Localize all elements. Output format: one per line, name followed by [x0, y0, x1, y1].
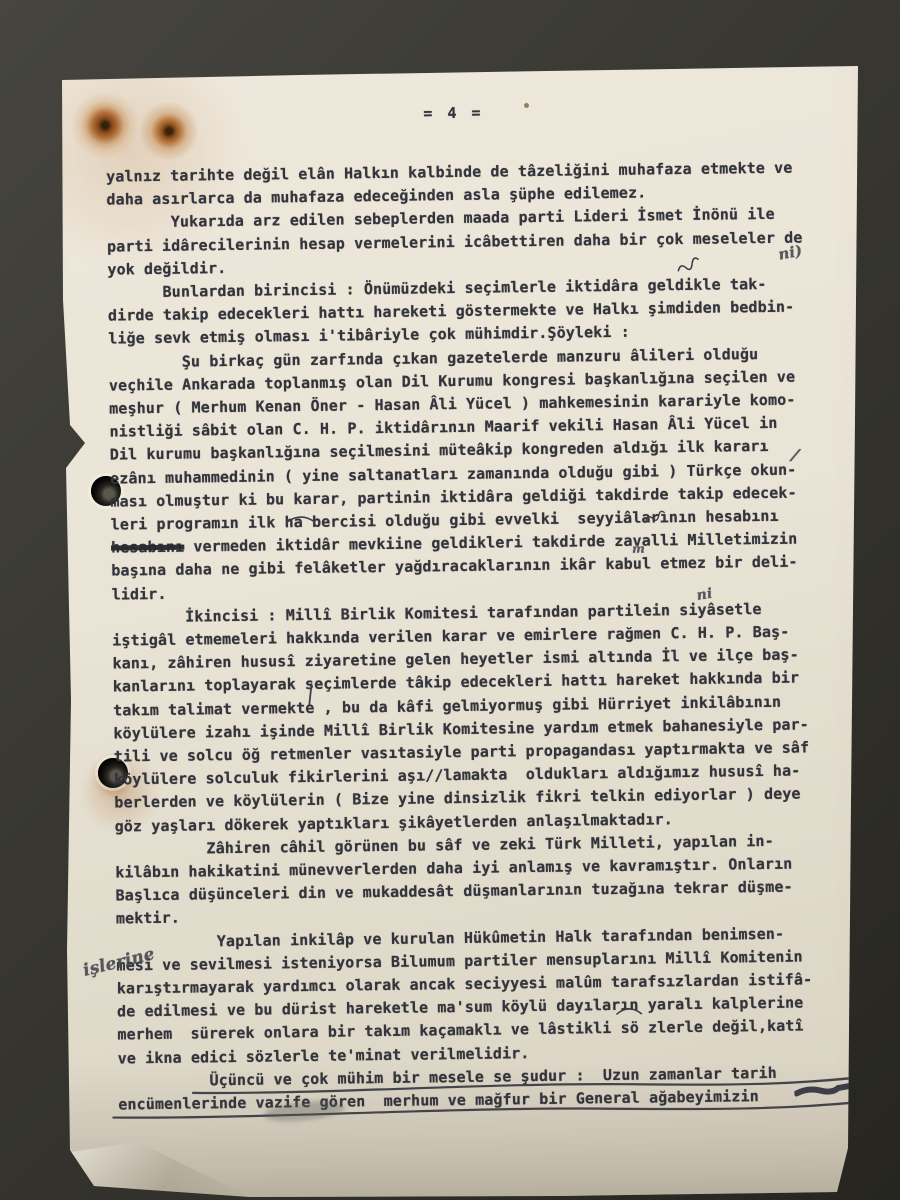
handwritten-note: m: [632, 542, 645, 556]
photographed-document-scene: = 4 = yalnız tarihte değil elân Halkın k…: [0, 0, 900, 1200]
handwritten-mark: [615, 1004, 643, 1015]
handwritten-mark: [675, 256, 702, 275]
handwritten-mark: [285, 512, 317, 523]
handwritten-note: ni: [696, 586, 714, 604]
page-number: = 4 =: [423, 104, 483, 123]
typed-lines: yalnız tarihte değil elân Halkın kalbind…: [0, 48, 893, 60]
typed-text: Yapılan inkilâp ve kurulan Hükûmetin Hal…: [116, 924, 784, 951]
handwritten-note: /: [790, 445, 801, 466]
paper-sheet: = 4 = yalnız tarihte değil elân Halkın k…: [0, 0, 900, 1200]
handwritten-annotations: ni)/mniişlerine: [0, 84, 893, 96]
typed-line: yok değildir.: [107, 259, 226, 284]
handwritten-note: ni): [777, 242, 804, 264]
typed-text: İkincisi : Millî Birlik Komitesi tarafın…: [112, 600, 762, 627]
struck-word: hesabını: [111, 538, 184, 557]
typed-line: mektir.: [116, 909, 180, 933]
typed-text: yalnız tarihte değil elân Halkın kalbind…: [106, 159, 792, 186]
handwritten-mark: [306, 682, 314, 706]
typed-line: lidir.: [112, 584, 167, 608]
typed-text: mektir.: [116, 909, 180, 928]
typed-text: yok değildir.: [107, 259, 226, 279]
typewritten-text-block: = 4 = yalnız tarihte değil elân Halkın k…: [0, 0, 900, 1200]
typed-text: lidir.: [112, 584, 167, 603]
